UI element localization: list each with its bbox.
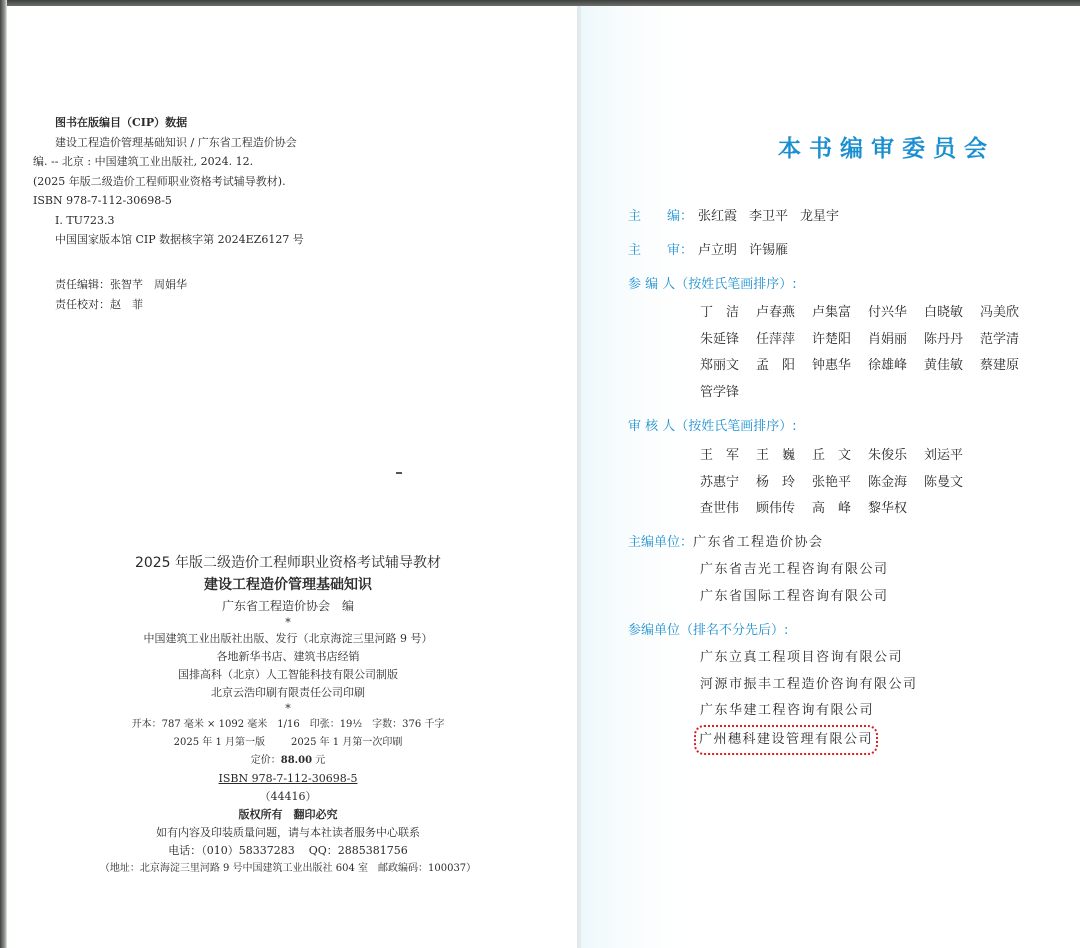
person-name: 王 巍 [756, 443, 812, 470]
person-name: 许楚阳 [812, 327, 868, 354]
contributors-list: 丁 洁卢春燕卢集富付兴华白晓敏冯美欣朱延锋任萍萍许楚阳肖娟丽陈丹丹范学清郑丽文孟… [700, 300, 1036, 406]
chief-editors: 主 编：张红霞李卫平龙星宇 [628, 207, 851, 227]
participating-unit: 河源市振丰工程造价咨询有限公司 [700, 672, 918, 699]
price-unit: 元 [315, 755, 325, 766]
lead-unit: 广东省工程造价协会 [693, 535, 824, 550]
person-name: 朱俊乐 [868, 443, 924, 470]
person-name: 郑丽文 [700, 353, 756, 380]
person-name: 顾伟传 [756, 496, 812, 523]
contact-info: 电话：（010）58337283QQ：2885381756 [88, 842, 488, 860]
chief-reviewer-names: 卢立明许锡雁 [698, 243, 800, 258]
highlighted-unit: 广州穗科建设管理有限公司 [694, 725, 878, 756]
person-name: 管学锋 [700, 380, 756, 407]
scan-left-edge [0, 0, 7, 948]
person-name: 肖娟丽 [868, 327, 924, 354]
person-name: 付兴华 [868, 300, 924, 327]
scan-mark [396, 472, 402, 474]
participating-unit: 广东立真工程项目咨询有限公司 [700, 645, 918, 672]
qq: QQ：2885381756 [309, 844, 408, 857]
isbn: ISBN 978-7-112-30698-5 [88, 770, 488, 788]
role-label: 主编单位： [628, 533, 693, 553]
participating-unit: 广东华建工程咨询有限公司 [700, 698, 918, 725]
contributors-heading: 参 编 人（按姓氏笔画排序）: [628, 275, 797, 295]
address: （地址：北京海淀三里河路 9 号中国建筑工业出版社 604 室 邮政编码：100… [88, 860, 488, 878]
person-name: 任萍萍 [756, 327, 812, 354]
contact-note: 如有内容及印装质量问题，请与本社读者服务中心联系 [88, 824, 488, 842]
cip-line: 建设工程造价管理基础知识 / 广东省工程造价协会 [33, 133, 304, 153]
person-name: 蔡建原 [980, 353, 1036, 380]
person-name: 陈曼文 [924, 470, 980, 497]
responsible-editor: 责任编辑：张智芊 周娟华 [55, 275, 187, 295]
person-name: 陈丹丹 [924, 327, 980, 354]
cip-heading: 图书在版编目（CIP）数据 [33, 113, 304, 133]
person-name: 黎华权 [868, 496, 924, 523]
role-label: 主 审： [628, 241, 698, 261]
person-name: 查世伟 [700, 496, 756, 523]
format-spec: 开本：787 毫米 × 1092 毫米 1/16 印张：19½ 字数：376 千… [88, 716, 488, 734]
chief-reviewers: 主 审：卢立明许锡雁 [628, 241, 800, 261]
person-name: 白晓敏 [924, 300, 980, 327]
cip-line: 编. -- 北京 : 中国建筑工业出版社, 2024. 12. [33, 152, 304, 172]
person-name: 冯美欣 [980, 300, 1036, 327]
participating-units-list: 广东立真工程项目咨询有限公司 河源市振丰工程造价咨询有限公司 广东华建工程咨询有… [700, 645, 918, 755]
edition: 2025 年 1 月第一版 [174, 737, 265, 748]
person-name: 丘 文 [812, 443, 868, 470]
chief-editor-names: 张红霞李卫平龙星宇 [698, 209, 851, 224]
reviewers-list: 王 军王 巍丘 文朱俊乐刘运平苏惠宁杨 玲张艳平陈金海陈曼文查世伟顾伟传高 峰黎… [700, 443, 980, 523]
price-value: 88.00 [281, 755, 312, 766]
person-name: 高 峰 [812, 496, 868, 523]
cip-line: (2025 年版二级造价工程师职业资格考试辅导教材). [33, 172, 304, 192]
distributor: 各地新华书店、建筑书店经销 [88, 648, 488, 666]
cip-block: 图书在版编目（CIP）数据 建设工程造价管理基础知识 / 广东省工程造价协会 编… [33, 113, 304, 250]
person-name: 王 军 [700, 443, 756, 470]
publisher: 中国建筑工业出版社出版、发行（北京海淀三里河路 9 号） [88, 630, 488, 648]
lead-unit: 广东省国际工程咨询有限公司 [700, 584, 889, 611]
lead-unit: 广东省吉光工程咨询有限公司 [700, 557, 889, 584]
person-name: 孟 阳 [756, 353, 812, 380]
person-name: 卢春燕 [756, 300, 812, 327]
copyright: 版权所有 翻印必究 [88, 806, 488, 824]
person-name: 许锡雁 [749, 243, 788, 258]
cip-line: ISBN 978-7-112-30698-5 [33, 191, 304, 211]
separator: * [88, 702, 488, 716]
cip-line: 中国国家版本馆 CIP 数据核字第 2024EZ6127 号 [33, 230, 304, 250]
proofreader: 责任校对：赵 菲 [55, 295, 187, 315]
cip-line: Ⅰ. TU723.3 [33, 211, 304, 231]
person-name: 徐雄峰 [868, 353, 924, 380]
role-label: 主 编： [628, 207, 698, 227]
person-name: 苏惠宁 [700, 470, 756, 497]
participating-units-heading: 参编单位（排名不分先后）: [628, 621, 788, 641]
person-name: 张红霞 [698, 209, 737, 224]
lead-units-list: 广东省吉光工程咨询有限公司 广东省国际工程咨询有限公司 [700, 557, 889, 610]
person-name: 黄佳敏 [924, 353, 980, 380]
person-name: 陈金海 [868, 470, 924, 497]
committee-title: 本书编审委员会 [778, 130, 995, 163]
person-name: 刘运平 [924, 443, 980, 470]
person-name: 龙星宇 [800, 209, 839, 224]
book-code: （44416） [88, 788, 488, 806]
person-name: 丁 洁 [700, 300, 756, 327]
book-title: 建设工程造价管理基础知识 [88, 574, 488, 596]
series-title: 2025 年版二级造价工程师职业资格考试辅导教材 [88, 552, 488, 574]
person-name: 卢集富 [812, 300, 868, 327]
person-name: 范学清 [980, 327, 1036, 354]
person-name: 李卫平 [749, 209, 788, 224]
colophon: 2025 年版二级造价工程师职业资格考试辅导教材 建设工程造价管理基础知识 广东… [88, 552, 488, 878]
role-label: 参 编 人（按姓氏笔画排序）: [628, 275, 797, 295]
reviewers-heading: 审 核 人（按姓氏笔画排序）: [628, 417, 797, 437]
phone: 电话：（010）58337283 [168, 844, 294, 857]
person-name: 杨 玲 [756, 470, 812, 497]
person-name: 张艳平 [812, 470, 868, 497]
edition-info: 2025 年 1 月第一版2025 年 1 月第一次印刷 [88, 734, 488, 752]
editor-credits: 责任编辑：张智芊 周娟华 责任校对：赵 菲 [55, 275, 187, 315]
printer: 北京云浩印刷有限责任公司印刷 [88, 684, 488, 702]
person-name: 钟惠华 [812, 353, 868, 380]
price: 定价：88.00 元 [88, 752, 488, 770]
typesetter: 国排高科（北京）人工智能科技有限公司制版 [88, 666, 488, 684]
author: 广东省工程造价协会 编 [88, 596, 488, 616]
printing: 2025 年 1 月第一次印刷 [291, 737, 402, 748]
lead-units-heading: 主编单位：广东省工程造价协会 [628, 533, 824, 553]
person-name: 卢立明 [698, 243, 737, 258]
person-name: 朱延锋 [700, 327, 756, 354]
role-label: 参编单位（排名不分先后）: [628, 621, 788, 641]
price-label: 定价： [251, 755, 281, 766]
separator: * [88, 616, 488, 630]
role-label: 审 核 人（按姓氏笔画排序）: [628, 417, 797, 437]
